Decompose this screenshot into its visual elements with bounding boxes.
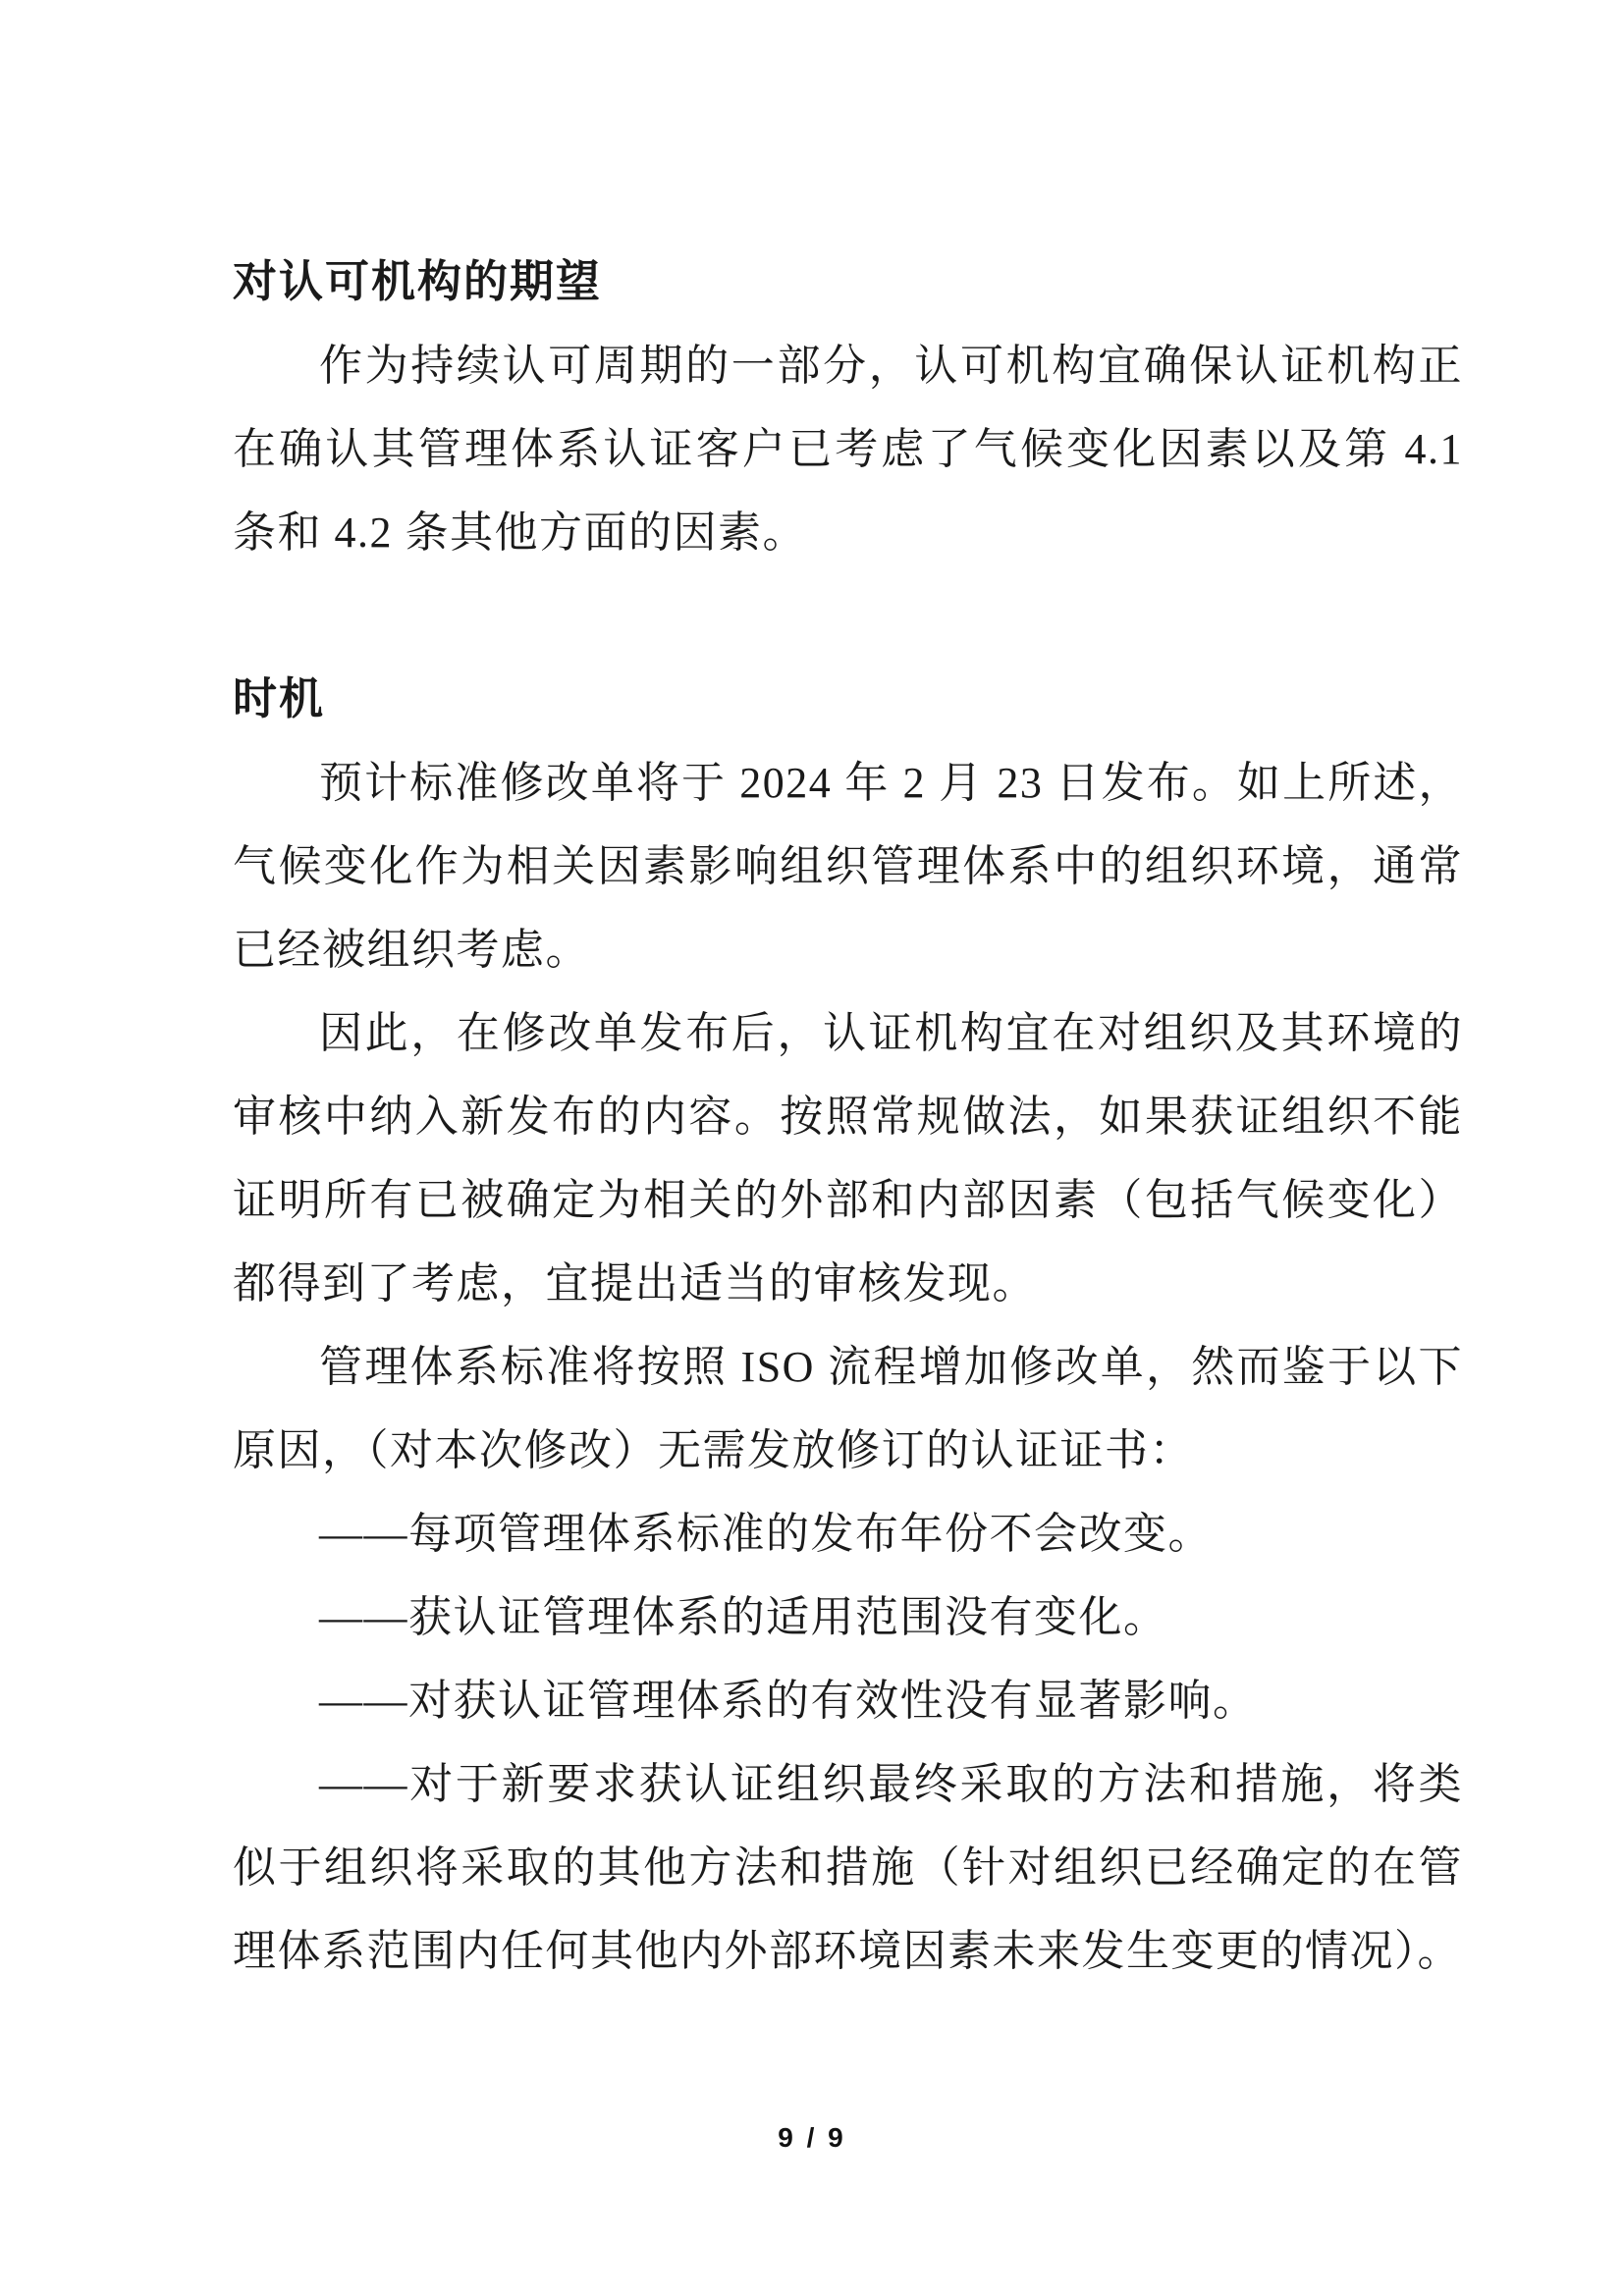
- document-page: 对认可机构的期望 作为持续认可周期的一部分，认可机构宜确保认证机构正在确认其管理…: [0, 0, 1624, 2296]
- paragraph-timing-2: 因此，在修改单发布后，认证机构宜在对组织及其环境的审核中纳入新发布的内容。按照常…: [233, 991, 1463, 1325]
- page-content: 对认可机构的期望 作为持续认可周期的一部分，认可机构宜确保认证机构正在确认其管理…: [233, 240, 1463, 1993]
- list-item-dash-2: ——获认证管理体系的适用范围没有变化。: [233, 1575, 1463, 1659]
- section-heading-timing: 时机: [233, 658, 1463, 741]
- list-item-dash-1: ——每项管理体系标准的发布年份不会改变。: [233, 1492, 1463, 1575]
- page-number: 9 / 9: [0, 2122, 1624, 2154]
- list-item-dash-3: ——对获认证管理体系的有效性没有显著影响。: [233, 1659, 1463, 1742]
- paragraph-expectations-1: 作为持续认可周期的一部分，认可机构宜确保认证机构正在确认其管理体系认证客户已考虑…: [233, 324, 1463, 574]
- paragraph-timing-1: 预计标准修改单将于 2024 年 2 月 23 日发布。如上所述，气候变化作为相…: [233, 741, 1463, 991]
- list-item-dash-4: ——对于新要求获认证组织最终采取的方法和措施，将类似于组织将采取的其他方法和措施…: [233, 1742, 1463, 1993]
- section-heading-expectations: 对认可机构的期望: [233, 240, 1463, 324]
- paragraph-timing-3: 管理体系标准将按照 ISO 流程增加修改单，然而鉴于以下原因，（对本次修改）无需…: [233, 1325, 1463, 1492]
